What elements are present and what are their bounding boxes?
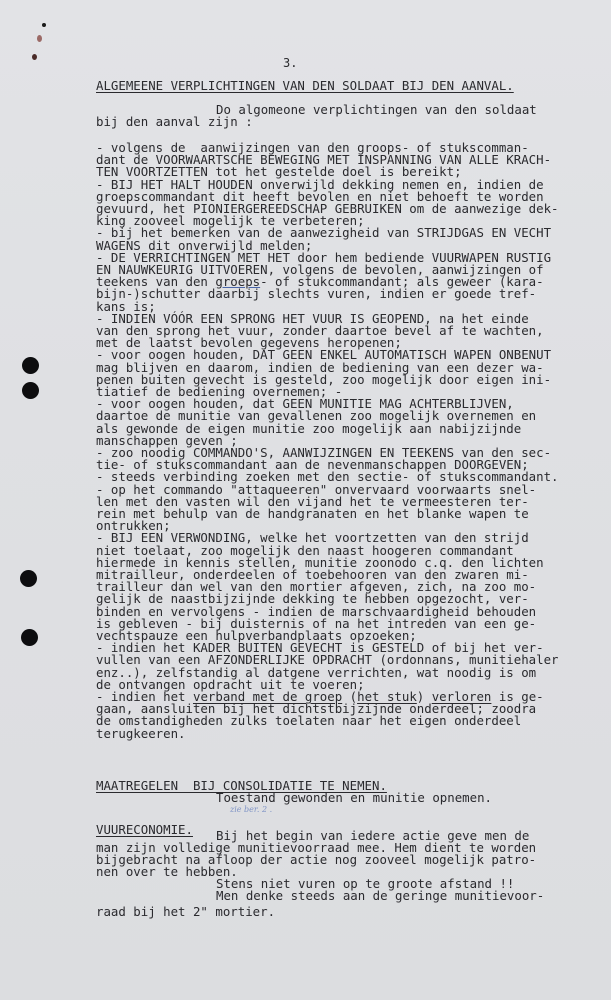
body-line: terugkeeren. — [96, 728, 186, 740]
intro-line: Do algomeone verplichtingen van den sold… — [216, 104, 537, 116]
vuureconomie-line: Men denke steeds aan de geringe munitiev… — [216, 890, 544, 902]
body-line: bijn-)schutter daarbij slechts vuren, in… — [96, 288, 536, 300]
punch-hole — [22, 357, 39, 374]
section-text-consolidatie: Toestand gewonden en munitie opnemen. — [216, 792, 492, 804]
punch-hole — [22, 382, 39, 399]
ink-spot — [42, 23, 46, 27]
ink-spot — [32, 54, 37, 60]
punch-hole — [20, 570, 37, 587]
vuureconomie-line: raad bij het 2" mortier. — [96, 906, 275, 918]
handwritten-annotation: zie ber. 2 . — [230, 805, 272, 814]
document-title: ALGEMEENE VERPLICHTINGEN VAN DEN SOLDAAT… — [96, 80, 514, 92]
punch-hole — [21, 629, 38, 646]
section-heading-vuureconomie: VUURECONOMIE. — [96, 824, 193, 836]
ink-spot — [37, 35, 42, 42]
intro-line: bij den aanval zijn : — [96, 116, 253, 128]
page-number: 3. — [283, 56, 297, 70]
document-page: 3. ALGEMEENE VERPLICHTINGEN VAN DEN SOLD… — [0, 0, 611, 1000]
